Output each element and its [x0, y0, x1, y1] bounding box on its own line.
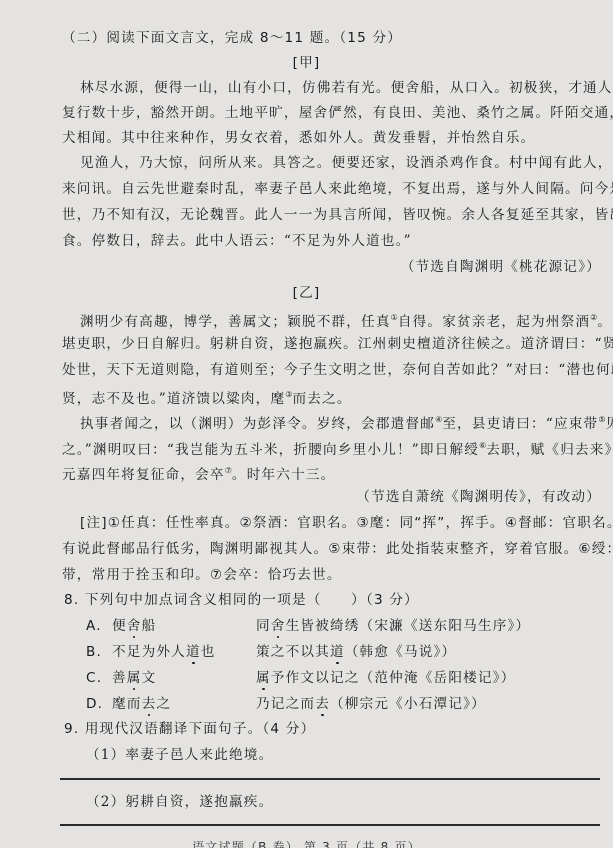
- option-right-phrase: 属予作文以记之（范仲淹《岳阳楼记》）: [256, 670, 516, 686]
- option-right-phrase: 同舍生皆被绮绣（宋濂《送东阳马生序》）: [256, 618, 530, 634]
- footnote-marker: ①: [391, 313, 398, 322]
- text: 予作文以记之（范仲淹《岳阳楼记》）: [271, 670, 516, 686]
- exam-page: （二）阅读下面文言文，完成 8～11 题。（15 分） [甲] 林尽水源，便得一…: [0, 0, 613, 848]
- dotted-word: 属: [256, 670, 271, 686]
- question-8-stem: 8. 下列句中加点词含义相同的一项是（ ）（3 分）: [64, 591, 419, 609]
- footnote-marker: ⑦: [225, 466, 232, 475]
- passage-a-line: 犬相闻。其中往来种作，男女衣着，悉如外人。黄发垂髫，并怡然自乐。: [62, 129, 535, 147]
- text: 船: [142, 618, 157, 634]
- option-label: C.: [86, 669, 112, 687]
- passage-b-line: 处世，天下无道则隐，有道则至；今子生文明之世，奈何自苦如此？”对曰：“潜也何敢望: [62, 361, 613, 379]
- text: 见: [606, 416, 613, 432]
- text: 至，县吏请曰：“应束带: [442, 416, 598, 432]
- text: 生皆被绮绣（宋濂《送东阳马生序》）: [286, 618, 531, 634]
- text: 之: [156, 696, 171, 712]
- passage-b-heading: [乙]: [0, 284, 613, 302]
- notes-line: 有说此督邮品行低劣，陶渊明鄙视其人。⑤束带：此处指装束整齐，穿着官服。⑥绶：丝: [62, 540, 613, 558]
- question-8-option-a: A.便舍船同舍生皆被绮绣（宋濂《送东阳马生序》）: [86, 617, 530, 635]
- passage-a-line: 林尽水源，便得一山，山有小口，仿佛若有光。便舍船，从口入。初极狭，才通人。: [80, 79, 613, 97]
- question-8-option-b: B.不足为外人道也策之不以其道（韩愈《马说》）: [86, 643, 456, 661]
- text: 同: [256, 618, 271, 634]
- dotted-word: 舍: [271, 618, 286, 634]
- dotted-word: 属: [127, 670, 142, 686]
- text: 去职，赋《归去来》。: [486, 442, 613, 458]
- text: 乃记之而: [256, 696, 315, 712]
- notes-line: 带，常用于拴玉和印。⑦会卒：恰巧去世。: [62, 566, 342, 584]
- text: （韩愈《马说》）: [345, 644, 457, 660]
- text: 。不: [597, 314, 613, 330]
- passage-b-line: 执事者闻之，以（渊明）为彭泽令。岁终，会郡遣督邮④至，县吏请曰：“应束带⑤见: [80, 411, 613, 433]
- option-left-phrase: 麾而去之: [112, 695, 256, 713]
- text: 而去之。: [292, 391, 351, 407]
- passage-b-line: 堪吏职，少日自解归。躬耕自资，遂抱羸疾。江州刺史檀道济往候之。道济谓曰：“贤者: [62, 335, 613, 353]
- text: （柳宗元《小石潭记》）: [330, 696, 486, 712]
- option-left-phrase: 便舍船: [112, 617, 256, 635]
- text: 善: [112, 670, 127, 686]
- text: 执事者闻之，以（渊明）为彭泽令。岁终，会郡遣督邮: [80, 416, 435, 432]
- text: 文: [142, 670, 157, 686]
- answer-line-1[interactable]: [60, 778, 600, 780]
- question-9-stem: 9. 用现代汉语翻译下面句子。（4 分）: [64, 720, 315, 738]
- dotted-word: 道: [186, 644, 201, 660]
- passage-a-line: 来问讯。自云先世避秦时乱，率妻子邑人来此绝境，不复出焉，遂与外人间隔。问今是何: [62, 180, 613, 198]
- question-8-option-d: D.麾而去之乃记之而去（柳宗元《小石潭记》）: [86, 695, 486, 713]
- dotted-word: 去: [142, 696, 157, 712]
- passage-a-heading: [甲]: [0, 54, 613, 72]
- option-left-phrase: 善属文: [112, 669, 256, 687]
- passage-a-line: 复行数十步，豁然开朗。土地平旷，屋舍俨然，有良田、美池、桑竹之属。阡陌交通，鸡: [62, 104, 613, 122]
- text: 不足为外人: [112, 644, 186, 660]
- page-footer: 语文试题（B 卷） 第 3 页（共 8 页）: [0, 838, 613, 848]
- question-8-option-c: C.善属文属予作文以记之（范仲淹《岳阳楼记》）: [86, 669, 516, 687]
- passage-b-source: （节选自萧统《陶渊明传》，有改动）: [356, 488, 601, 506]
- text: 便: [112, 618, 127, 634]
- dotted-word: 去: [315, 696, 330, 712]
- text: 元嘉四年将复征命，会卒: [62, 467, 225, 483]
- question-9-sentence-1: （1）率妻子邑人来此绝境。: [86, 746, 273, 764]
- option-right-phrase: 策之不以其道（韩愈《马说》）: [256, 644, 456, 660]
- text: 麾而: [112, 696, 142, 712]
- text: 。时年六十三。: [232, 467, 336, 483]
- text: 贤，志不及也。”道济馈以粱肉，麾: [62, 391, 285, 407]
- answer-line-2[interactable]: [60, 824, 600, 826]
- passage-b-line: 渊明少有高趣，博学，善属文；颖脱不群，任真①自得。家贫亲老，起为州祭酒②。不: [80, 309, 613, 331]
- dotted-word: 道: [330, 644, 345, 660]
- text: 策之不以其: [256, 644, 330, 660]
- notes-line: [注]①任真：任性率真。②祭酒：官职名。③麾：同“挥”，挥手。④督邮：官职名。: [80, 514, 613, 532]
- text: 之。”渊明叹曰：“我岂能为五斗米，折腰向乡里小儿！”即日解绶: [62, 442, 479, 458]
- option-label: A.: [86, 617, 112, 635]
- passage-a-source: （节选自陶渊明《桃花源记》）: [401, 258, 601, 276]
- passage-a-line: 世，乃不知有汉，无论魏晋。此人一一为具言所闻，皆叹惋。余人各复延至其家，皆出酒: [62, 206, 613, 224]
- text: 也: [201, 644, 216, 660]
- dotted-word: 舍: [127, 618, 142, 634]
- question-9-sentence-2: （2）躬耕自资，遂抱羸疾。: [86, 793, 273, 811]
- footnote-marker: ⑤: [598, 415, 605, 424]
- option-label: D.: [86, 695, 112, 713]
- passage-a-line: 食。停数日，辞去。此中人语云：“不足为外人道也。”: [62, 232, 412, 250]
- text: 自得。家贫亲老，起为州祭酒: [398, 314, 590, 330]
- text: 渊明少有高趣，博学，善属文；颖脱不群，任真: [80, 314, 391, 330]
- passage-b-line: 贤，志不及也。”道济馈以粱肉，麾③而去之。: [62, 386, 352, 408]
- passage-b-line: 之。”渊明叹曰：“我岂能为五斗米，折腰向乡里小儿！”即日解绶⑥去职，赋《归去来》…: [62, 437, 613, 459]
- option-right-phrase: 乃记之而去（柳宗元《小石潭记》）: [256, 696, 486, 712]
- option-left-phrase: 不足为外人道也: [112, 643, 256, 661]
- passage-b-line: 元嘉四年将复征命，会卒⑦。时年六十三。: [62, 462, 335, 484]
- section-title: （二）阅读下面文言文，完成 8～11 题。（15 分）: [62, 29, 402, 47]
- passage-a-line: 见渔人，乃大惊，问所从来。具答之。便要还家，设酒杀鸡作食。村中闻有此人，咸: [80, 154, 613, 172]
- option-label: B.: [86, 643, 112, 661]
